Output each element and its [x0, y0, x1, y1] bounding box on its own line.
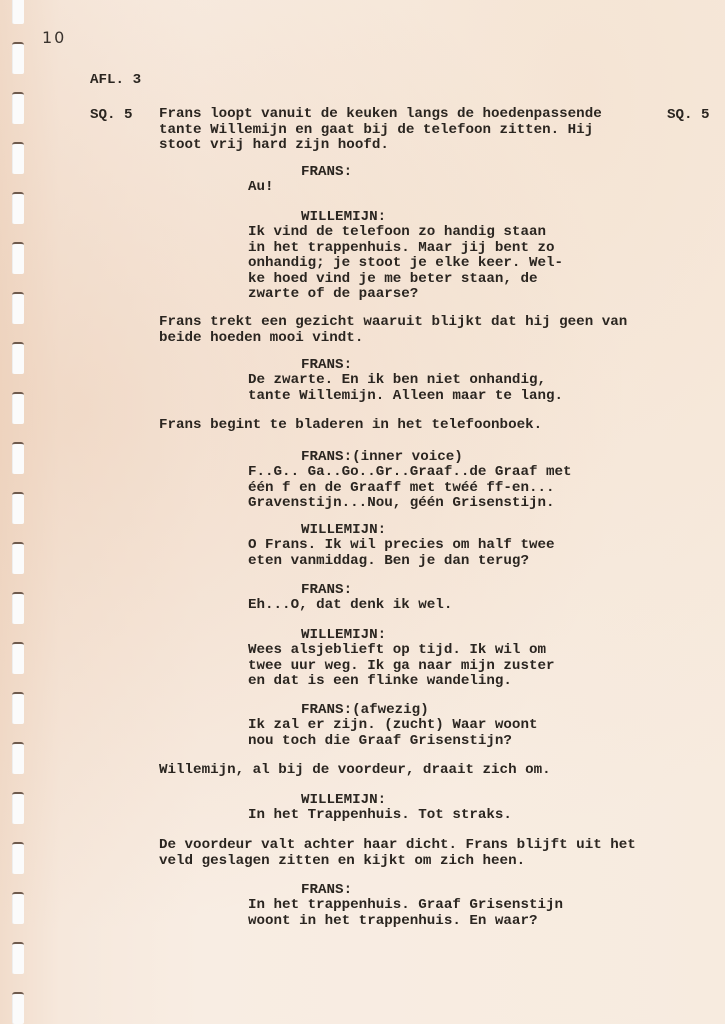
script-dialogue: Ik zal er zijn. (zucht) Waar woontnou to…	[248, 718, 537, 749]
script-line: Gravenstijn...Nou, géén Grisenstijn.	[248, 496, 572, 512]
script-dialogue: Wees alsjeblieft op tijd. Ik wil omtwee …	[248, 643, 555, 690]
binding-hole	[12, 792, 24, 824]
script-line: veld geslagen zitten en kijkt om zich he…	[159, 854, 636, 870]
binding-hole	[12, 292, 24, 324]
script-line: O Frans. Ik wil precies om half twee	[248, 538, 555, 554]
script-action: De voordeur valt achter haar dicht. Fran…	[159, 838, 636, 869]
script-dialogue: F..G.. Ga..Go..Gr..Graaf..de Graaf metéé…	[248, 465, 572, 512]
binding-hole	[12, 442, 24, 474]
script-dialogue: In het trappenhuis. Graaf Grisenstijnwoo…	[248, 898, 563, 929]
binding-hole	[12, 492, 24, 524]
binding-holes	[0, 0, 40, 1024]
binding-hole	[12, 992, 24, 1024]
script-line: stoot vrij hard zijn hoofd.	[159, 138, 602, 154]
binding-hole	[12, 742, 24, 774]
script-line: Wees alsjeblieft op tijd. Ik wil om	[248, 643, 555, 659]
script-line: ke hoed vind je me beter staan, de	[248, 272, 563, 288]
script-line: in het trappenhuis. Maar jij bent zo	[248, 241, 563, 257]
script-line: nou toch die Graaf Grisenstijn?	[248, 734, 537, 750]
script-line: Frans begint te bladeren in het telefoon…	[159, 418, 542, 434]
binding-hole	[12, 842, 24, 874]
sequence-label-right: SQ. 5	[667, 107, 710, 123]
binding-hole	[12, 592, 24, 624]
binding-hole	[12, 142, 24, 174]
script-line: onhandig; je stoot je elke keer. Wel-	[248, 256, 563, 272]
script-line: één f en de Graaff met twéé ff-en...	[248, 481, 572, 497]
script-line: Ik zal er zijn. (zucht) Waar woont	[248, 718, 537, 734]
script-action: Frans trekt een gezicht waaruit blijkt d…	[159, 315, 627, 346]
script-line: tante Willemijn. Alleen maar te lang.	[248, 389, 563, 405]
binding-hole	[12, 92, 24, 124]
script-action: Frans begint te bladeren in het telefoon…	[159, 418, 542, 434]
binding-hole	[12, 0, 24, 24]
script-line: Ik vind de telefoon zo handig staan	[248, 225, 563, 241]
script-line: Frans loopt vanuit de keuken langs de ho…	[159, 107, 602, 123]
speaker-cue: FRANS:	[301, 165, 352, 181]
script-dialogue: In het Trappenhuis. Tot straks.	[248, 808, 512, 824]
script-line: eten vanmiddag. Ben je dan terug?	[248, 554, 555, 570]
binding-hole	[12, 542, 24, 574]
binding-hole	[12, 642, 24, 674]
script-action: Willemijn, al bij de voordeur, draait zi…	[159, 763, 551, 779]
script-dialogue: O Frans. Ik wil precies om half tweeeten…	[248, 538, 555, 569]
script-line: Frans trekt een gezicht waaruit blijkt d…	[159, 315, 627, 331]
script-line: De voordeur valt achter haar dicht. Fran…	[159, 838, 636, 854]
script-dialogue: Ik vind de telefoon zo handig staanin he…	[248, 225, 563, 303]
script-line: F..G.. Ga..Go..Gr..Graaf..de Graaf met	[248, 465, 572, 481]
script-line: De zwarte. En ik ben niet onhandig,	[248, 373, 563, 389]
script-line: In het trappenhuis. Graaf Grisenstijn	[248, 898, 563, 914]
script-line: twee uur weg. Ik ga naar mijn zuster	[248, 659, 555, 675]
script-line: woont in het trappenhuis. En waar?	[248, 914, 563, 930]
binding-hole	[12, 42, 24, 74]
binding-hole	[12, 892, 24, 924]
script-action: Frans loopt vanuit de keuken langs de ho…	[159, 107, 602, 154]
script-line: Au!	[248, 180, 274, 196]
script-line: In het Trappenhuis. Tot straks.	[248, 808, 512, 824]
script-line: en dat is een flinke wandeling.	[248, 674, 555, 690]
binding-hole	[12, 392, 24, 424]
script-dialogue: Eh...O, dat denk ik wel.	[248, 598, 452, 614]
script-line: Willemijn, al bij de voordeur, draait zi…	[159, 763, 551, 779]
script-dialogue: Au!	[248, 180, 274, 196]
binding-hole	[12, 692, 24, 724]
sequence-label-left: SQ. 5	[90, 107, 133, 123]
binding-hole	[12, 942, 24, 974]
binding-hole	[12, 242, 24, 274]
script-line: tante Willemijn en gaat bij de telefoon …	[159, 123, 602, 139]
script-line: beide hoeden mooi vindt.	[159, 331, 627, 347]
page-number: 10	[42, 28, 66, 47]
binding-hole	[12, 192, 24, 224]
binding-hole	[12, 342, 24, 374]
script-line: zwarte of de paarse?	[248, 287, 563, 303]
script-cue: FRANS:	[301, 165, 352, 181]
script-line: Eh...O, dat denk ik wel.	[248, 598, 452, 614]
script-dialogue: De zwarte. En ik ben niet onhandig,tante…	[248, 373, 563, 404]
episode-label: AFL. 3	[90, 72, 141, 88]
